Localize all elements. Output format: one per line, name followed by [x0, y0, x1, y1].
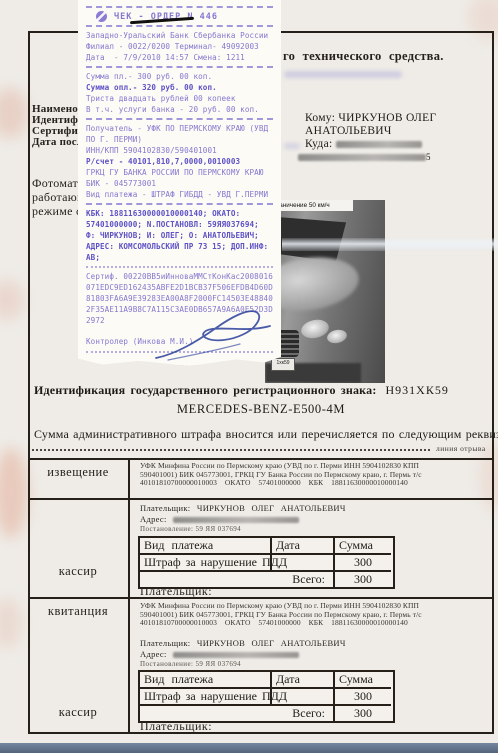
receipt-separator — [86, 118, 273, 120]
payer-signature-label: Плательщик: — [140, 584, 212, 599]
receipt-line: ГРКЦ ГУ БАНКА РОССИИ ПО ПЕРМСКОМУ КРАЮ — [86, 167, 273, 178]
table-header: Сумма — [335, 672, 391, 689]
scan-blotch — [0, 448, 28, 538]
slip-section-label: квитанция — [28, 604, 128, 619]
receipt-separator — [86, 6, 273, 8]
redacted-address — [173, 517, 299, 523]
address-line: Адрес: — [140, 514, 299, 524]
receipt-line: ИНН/КПП 5904102830/590401001 — [86, 145, 273, 156]
photo-caption-fragment: режиме с — [32, 204, 82, 218]
scan-blotch — [0, 598, 22, 648]
receipt-line: Получатель - УФК ПО ПЕРМСКОМУ КРАЮ (УВД — [86, 123, 273, 134]
receipt-line: Западно-Уральский Банк Сбербанка России — [86, 30, 273, 41]
payer-name: ЧИРКУНОВ ОЛЕГ АНАТОЛЬЕВИЧ — [197, 503, 346, 513]
slip-section-label: извещение — [28, 465, 128, 480]
receipt-line: АВ; — [86, 252, 273, 263]
payer-label: Плательщик: — [140, 638, 190, 648]
payer-label: Плательщик: — [140, 503, 190, 513]
table-header: Вид платежа — [140, 538, 272, 555]
table-cell — [272, 689, 335, 706]
receipt-line: Р/счет - 40101,810,7,0000,0010003 — [86, 156, 273, 167]
receipt-line: 57401000000; N.ПОСТАНОВЛ: 59ЯЯ037694; — [86, 219, 273, 230]
receipt-separator — [86, 203, 273, 205]
table-total-value: 300 — [335, 572, 391, 587]
requisites-block: УФК Минфина России по Пермскому краю (УВ… — [140, 602, 488, 628]
sberbank-logo-icon — [96, 11, 107, 22]
address-label: Адрес: — [140, 514, 167, 524]
receipt-line: Филиал - 0022/0200 Терминал- 49092003 — [86, 41, 273, 52]
slip-column-divider — [128, 458, 130, 734]
table-cell: 300 — [335, 555, 391, 572]
car-headlight — [326, 328, 348, 345]
where-label: Куда: — [305, 138, 332, 150]
field-label-fragment: Дата посл — [32, 137, 83, 148]
table-header: Вид платежа — [140, 672, 272, 689]
requisites-block: УФК Минфина России по Пермскому краю (УВ… — [140, 462, 488, 488]
address-line: Адрес: — [140, 649, 299, 659]
scan-blotch — [0, 88, 28, 138]
receipt-separator — [86, 25, 273, 27]
receipt-line: АДРЕС: КОМСОМОЛЬСКИЙ ПР 73 15; ДОП.ИНФ: — [86, 241, 273, 252]
requisites-line: 40101810700000010003 ОКАТО 57401000000 К… — [140, 619, 488, 628]
table-cell: Штраф за нарушение ПДД — [140, 689, 272, 706]
receipt-line: БИК - 045773001 — [86, 178, 273, 189]
table-header: Дата — [272, 672, 335, 689]
plate-number: Н931ХК59 — [386, 383, 449, 397]
slip-divider — [29, 498, 493, 500]
table-cell — [272, 555, 335, 572]
cashier-label: кассир — [28, 705, 128, 720]
receipt-line: В т.ч. услуги банка - 20 руб. 00 коп. — [86, 104, 273, 115]
vehicle-photo: 1хк59 ограничение 50 км/ч — [265, 200, 385, 383]
receipt-line: Вид платежа - ШТРАФ ГИБДД - УВД Г.ПЕРМИ — [86, 189, 273, 200]
table-header: Дата — [272, 538, 335, 555]
table-total-value: 300 — [335, 706, 391, 721]
resolution-line: Постановление: 59 ЯЯ 037694 — [140, 660, 241, 668]
to-label: Кому: — [305, 112, 335, 124]
recipient-block: Кому: ЧИРКУНОВ ОЛЕГ АНАТОЛЬЕВИЧ Куда: 5 — [305, 112, 436, 164]
resolution-line: Постановление: 59 ЯЯ 037694 — [140, 525, 241, 533]
fine-requisites-line: Сумма административного штрафа вносится … — [34, 427, 498, 442]
payer-line: Плательщик: ЧИРКУНОВ ОЛЕГ АНАТОЛЬЕВИЧ — [140, 638, 346, 648]
redacted-address — [298, 154, 426, 161]
address-label: Адрес: — [140, 649, 167, 659]
redacted-address — [173, 652, 299, 658]
tear-dotted-line — [32, 449, 430, 451]
receipt-separator — [86, 66, 273, 68]
payer-signature-label: Плательщик: — [140, 719, 212, 734]
scan-blotch — [0, 280, 24, 320]
slip-divider — [29, 458, 493, 460]
receipt-line: КБК: 18811630000010000140; ОКАТО: — [86, 208, 273, 219]
payment-table: Вид платежа Дата Сумма Штраф за нарушени… — [138, 670, 395, 723]
receipt-line: ПО Г. ПЕРМИ) — [86, 134, 273, 145]
cashier-label: кассир — [28, 564, 128, 579]
recipient-name: ЧИРКУНОВ ОЛЕГ — [338, 112, 436, 124]
document-title-fragment: го технического средства. — [283, 49, 444, 63]
table-header: Сумма — [335, 538, 391, 555]
address-suffix: 5 — [426, 152, 431, 162]
tear-line-label: линия отрыва — [436, 444, 486, 453]
table-cell: Штраф за нарушение ПДД — [140, 555, 272, 572]
payer-line: Плательщик: ЧИРКУНОВ ОЛЕГ АНАТОЛЬЕВИЧ — [140, 503, 346, 513]
car-model-line: MERCEDES-BENZ-E500-4M — [28, 402, 494, 417]
plate-identification-line: Идентификация государственного регистрац… — [34, 383, 449, 398]
receipt-line: Сумма пл.- 300 руб. 00 коп. — [86, 71, 273, 82]
payer-name: ЧИРКУНОВ ОЛЕГ АНАТОЛЬЕВИЧ — [197, 638, 346, 648]
receipt-line: Ф: ЧИРКУНОВ; И: ОЛЕГ; О: АНАТОЛЬЕВИЧ; — [86, 230, 273, 241]
receipt-line: Сумма опл.- 320 руб. 00 коп. — [86, 82, 273, 93]
table-cell: 300 — [335, 689, 391, 706]
identification-label: Идентификация государственного регистрац… — [34, 383, 377, 397]
receipt-line: Триста двадцать рублей 00 копеек — [86, 93, 273, 104]
receipt-line: Сертиф. 00220ВВ5иИнноваММСтКонКас2008016 — [86, 271, 273, 282]
redacted-address — [336, 141, 422, 148]
photo-caption-fragment: Фотомате — [32, 176, 84, 190]
recipient-name: АНАТОЛЬЕВИЧ — [305, 125, 436, 138]
car-headlight — [299, 317, 330, 340]
requisites-line: 40101810700000010003 ОКАТО 57401000000 К… — [140, 479, 488, 488]
slip-divider — [29, 597, 493, 599]
receipt-line: 071EDC9ED162435ABFE2D1BCB37F506EFDB4D60D — [86, 282, 273, 293]
controller-signature — [148, 298, 278, 366]
receipt-separator — [86, 266, 273, 268]
payment-table: Вид платежа Дата Сумма Штраф за нарушени… — [138, 536, 395, 589]
receipt-line: Дата - 7/9/2010 14:57 Смена: 1211 — [86, 52, 273, 63]
scanner-edge-strip — [0, 743, 498, 753]
